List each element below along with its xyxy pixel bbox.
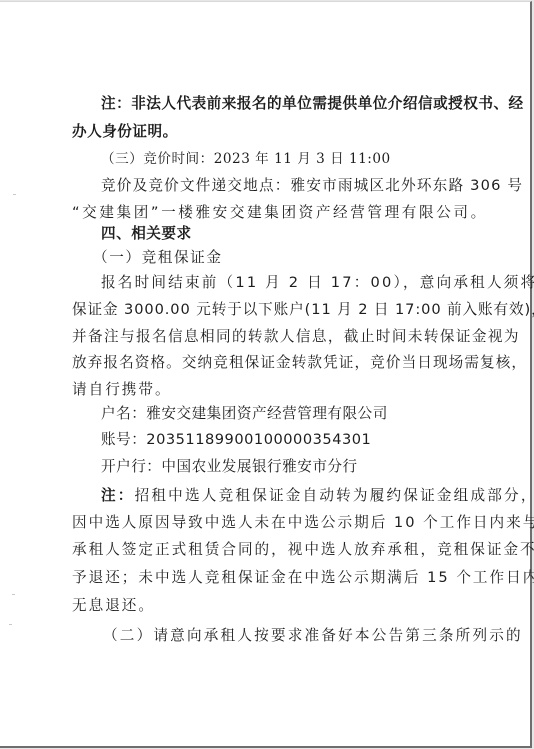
document-page: 注：非法人代表前来报名的单位需提供单位介绍信或授权书、经 办人身份证明。 （三）… [0, 1, 532, 748]
account-name: 户名：雅安交建集团资产经营管理有限公司 [101, 404, 388, 424]
note-1-line-2: 办人身份证明。 [72, 122, 178, 142]
deposit-note-label: 注： [101, 487, 135, 504]
deposit-note-line: 予退还；未中选人竞租保证金在中选公示期满后 15 个工作日内 [72, 568, 534, 588]
deposit-note-line-1: 注：招租中选人竞租保证金自动转为履约保证金组成部分， [101, 486, 534, 506]
scan-speck [9, 624, 12, 625]
note-1-line-1: 注：非法人代表前来报名的单位需提供单位介绍信或授权书、经 [101, 94, 524, 114]
deposit-note-line: 承租人签定正式租赁合同的，视中选人放弃承租，竞租保证金不 [72, 540, 534, 560]
subsection-1-heading: （一）竞租保证金 [93, 248, 223, 268]
subsection-2-heading: （二）请意向承租人按要求准备好本公告第三条所列示的 [103, 626, 523, 646]
scan-speck [12, 594, 15, 595]
note-1-label: 注： [101, 95, 131, 112]
section-4-heading: 四、相关要求 [101, 224, 192, 244]
account-number: 账号：20351189900100000354301 [101, 430, 371, 450]
deposit-note-line: 无息退还。 [72, 596, 155, 616]
note-1-text: 非法人代表前来报名的单位需提供单位介绍信或授权书、经 [131, 95, 523, 112]
deposit-paragraph-line: 保证金 3000.00 元转于以下账户(11 月 2 日 17:00 前入账有效… [72, 300, 534, 320]
deposit-note-text: 招租中选人竞租保证金自动转为履约保证金组成部分， [135, 487, 534, 504]
scan-speck [13, 194, 16, 195]
bid-time: （三）竞价时间：2023 年 11 月 3 日 11:00 [101, 149, 391, 169]
deposit-paragraph-line: 放弃报名资格。交纳竞租保证金转款凭证，竞价当日现场需复核， [72, 353, 527, 373]
deposit-note-line: 因中选人原因导致中选人未在中选公示期后 10 个工作日内来与 [72, 513, 534, 533]
deposit-paragraph-line: 并备注与报名信息相同的转款人信息，截止时间未转保证金视为 [72, 327, 520, 347]
deposit-paragraph-line: 报名时间结束前（11 月 2 日 17：00），意向承租人须将竞租 [101, 273, 534, 293]
bid-location-line-1: 竞价及竞价文件递交地点：雅安市雨城区北外环东路 306 号 [101, 176, 523, 196]
bid-location-line-2: “交建集团”一楼雅安交建集团资产经营管理有限公司。 [72, 203, 488, 223]
deposit-paragraph-line: 请自行携带。 [72, 380, 172, 400]
account-bank: 开户行：中国农业发展银行雅安市分行 [101, 457, 358, 477]
